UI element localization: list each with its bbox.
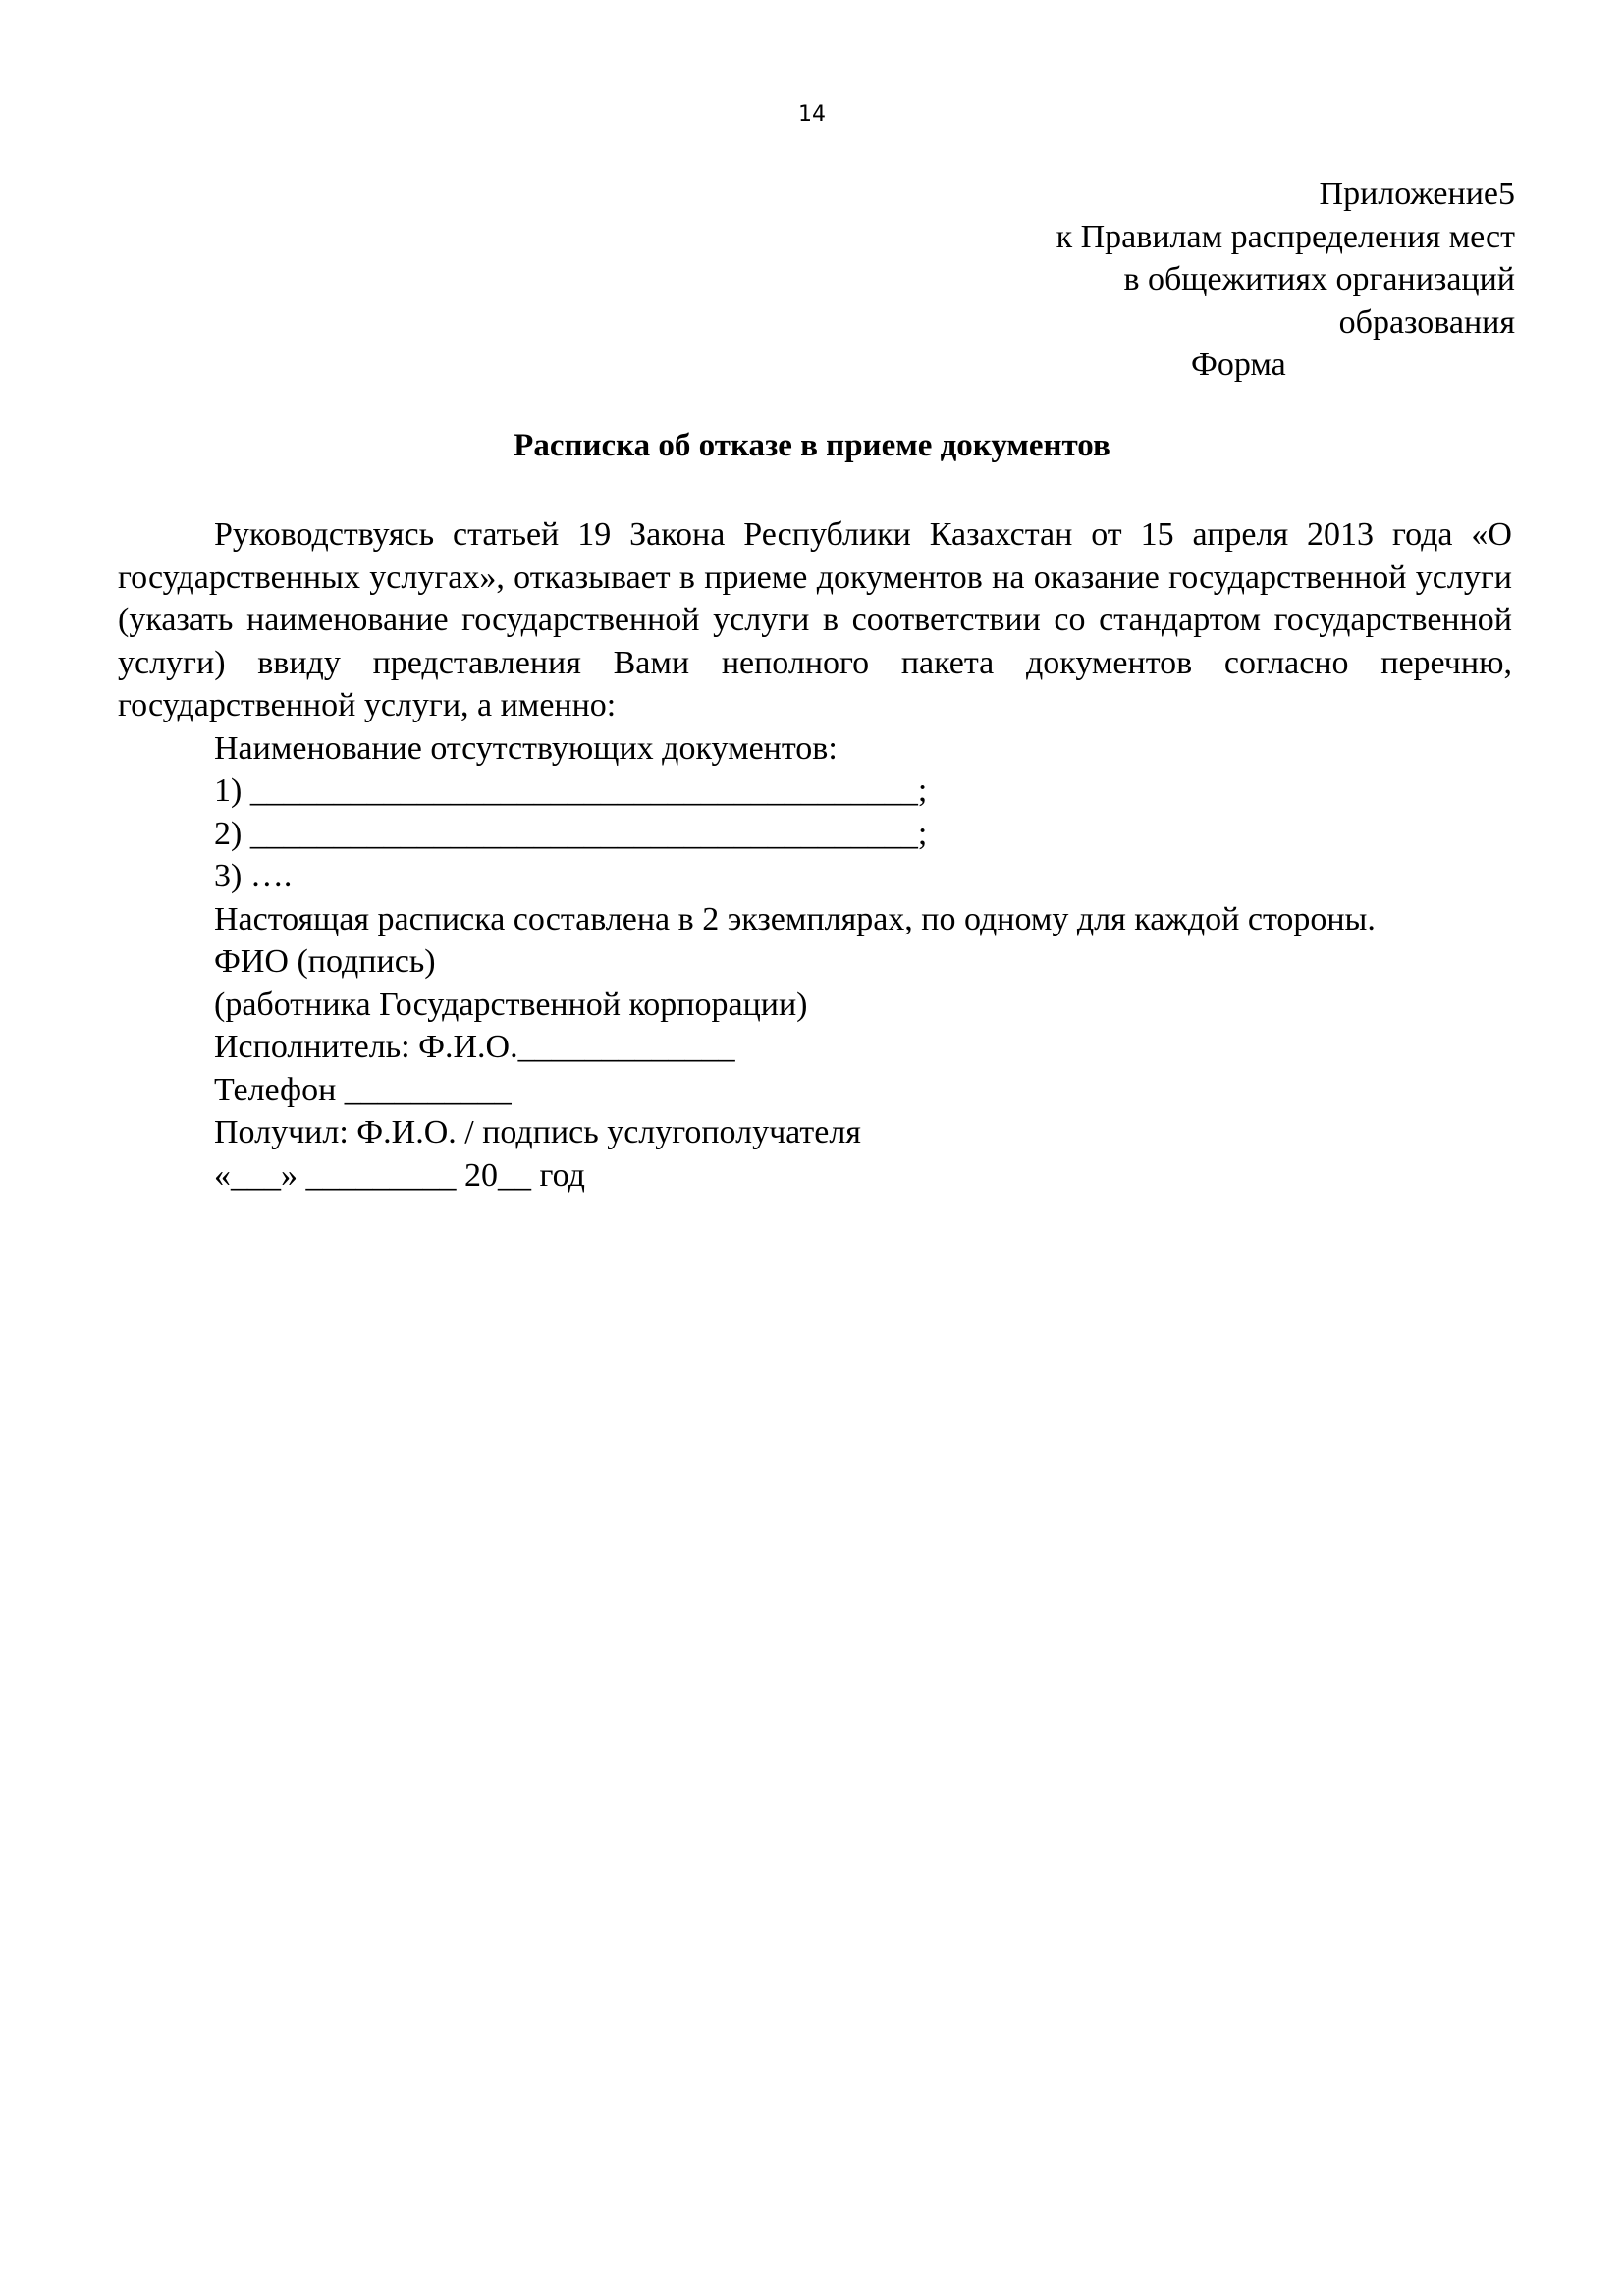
missing-doc-item: 1) _____________________________________…	[118, 770, 1512, 813]
document-body: Руководствуясь статьей 19 Закона Республ…	[118, 513, 1512, 1197]
appendix-header: Приложение5 к Правилам распределения мес…	[1056, 173, 1515, 344]
document-title: Расписка об отказе в приеме документов	[0, 426, 1624, 465]
phone-field: Телефон __________	[118, 1069, 1512, 1112]
appendix-line: Приложение5	[1056, 173, 1515, 216]
received-field: Получил: Ф.И.О. / подпись услугополучате…	[118, 1111, 1512, 1154]
main-paragraph: Руководствуясь статьей 19 Закона Республ…	[118, 513, 1512, 727]
appendix-line: в общежитиях организаций	[1056, 258, 1515, 301]
signature-label: ФИО (подпись)	[118, 940, 1512, 984]
appendix-line: к Правилам распределения мест	[1056, 216, 1515, 259]
missing-doc-item: 3) ….	[118, 855, 1512, 898]
missing-doc-item: 2) _____________________________________…	[118, 813, 1512, 856]
missing-docs-label: Наименование отсутствующих документов:	[118, 727, 1512, 771]
executor-field: Исполнитель: Ф.И.О._____________	[118, 1026, 1512, 1069]
form-label: Форма	[1191, 344, 1286, 386]
page-number: 14	[0, 102, 1624, 128]
signature-note: (работника Государственной корпорации)	[118, 984, 1512, 1027]
appendix-line: образования	[1056, 301, 1515, 345]
copies-note: Настоящая расписка составлена в 2 экземп…	[118, 898, 1512, 941]
date-field: «___» _________ 20__ год	[118, 1154, 1512, 1198]
